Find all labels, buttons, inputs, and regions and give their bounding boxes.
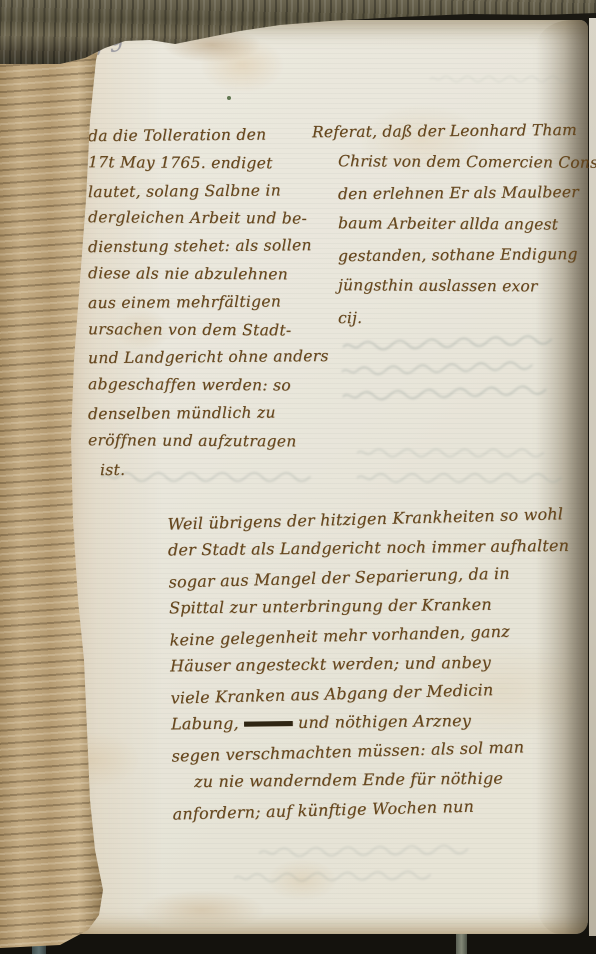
- handwritten-line: diese als nie abzulehnen: [88, 260, 350, 289]
- text-segment: und nöthigen Arzney: [293, 711, 472, 732]
- left-text-block: da die Tolleration den17t May 1765. endi…: [88, 122, 350, 483]
- struck-word: ———: [244, 713, 293, 733]
- manuscript-page: 179 da die Tolleration den17t May 1765. …: [52, 20, 588, 934]
- handwritten-line: ist.: [100, 454, 350, 484]
- bleedthrough-line: [430, 72, 570, 86]
- bottom-text-block: Weil übrigens der hitzigen Krankheiten s…: [167, 500, 596, 826]
- handwritten-line: abgeschaffen werden: so: [88, 371, 350, 400]
- bleedthrough-line: [341, 332, 556, 353]
- handwritten-line: baum Arbeiter allda angest: [338, 208, 596, 241]
- bleedthrough-text: [357, 446, 563, 496]
- handwritten-line: Referat, daß der Leonhard Tham: [312, 115, 596, 149]
- handwritten-line: dienstung stehet: als sollen: [88, 232, 350, 262]
- bleedthrough-text: [430, 72, 570, 97]
- handwritten-line: aus einem mehrfältigen: [88, 288, 350, 318]
- handwritten-line: den erlehnen Er als Maulbeer: [338, 177, 596, 210]
- bleedthrough-line: [234, 842, 496, 861]
- handwritten-line: ursachen von dem Stadt-: [88, 316, 350, 345]
- handwritten-line: jüngsthin auslassen exor: [338, 270, 596, 303]
- handwritten-line: 17t May 1765. endiget: [88, 149, 350, 178]
- handwritten-line: und Landgericht ohne anders: [88, 343, 350, 373]
- bleedthrough-line: [357, 446, 545, 460]
- bleedthrough-line: [343, 383, 548, 404]
- bleedthrough-text: [234, 842, 497, 897]
- bleedthrough-line: [342, 358, 534, 379]
- bleedthrough-line: [357, 471, 563, 485]
- right-text-block: Referat, daß der Leonhard ThamChrist von…: [312, 116, 596, 333]
- handwritten-line: denselben mündlich zu: [88, 399, 350, 429]
- handwritten-line: eröffnen und aufzutragen: [88, 427, 350, 456]
- handwritten-line: da die Tolleration den: [88, 121, 350, 151]
- bleedthrough-line: [234, 868, 432, 885]
- handwritten-line: Christ von dem Comercien Consess: [338, 146, 596, 179]
- handwritten-line: cij.: [338, 301, 596, 334]
- handwritten-line: dergleichen Arbeit und be-: [88, 205, 350, 234]
- ink-fleck: [227, 96, 231, 100]
- handwritten-line: lautet, solang Salbne in: [88, 176, 350, 206]
- text-segment: Labung,: [171, 714, 244, 734]
- manuscript-photo: 179 da die Tolleration den17t May 1765. …: [0, 0, 596, 954]
- handwritten-line: gestanden, sothane Endigung: [338, 239, 596, 272]
- bleedthrough-text: [341, 332, 558, 414]
